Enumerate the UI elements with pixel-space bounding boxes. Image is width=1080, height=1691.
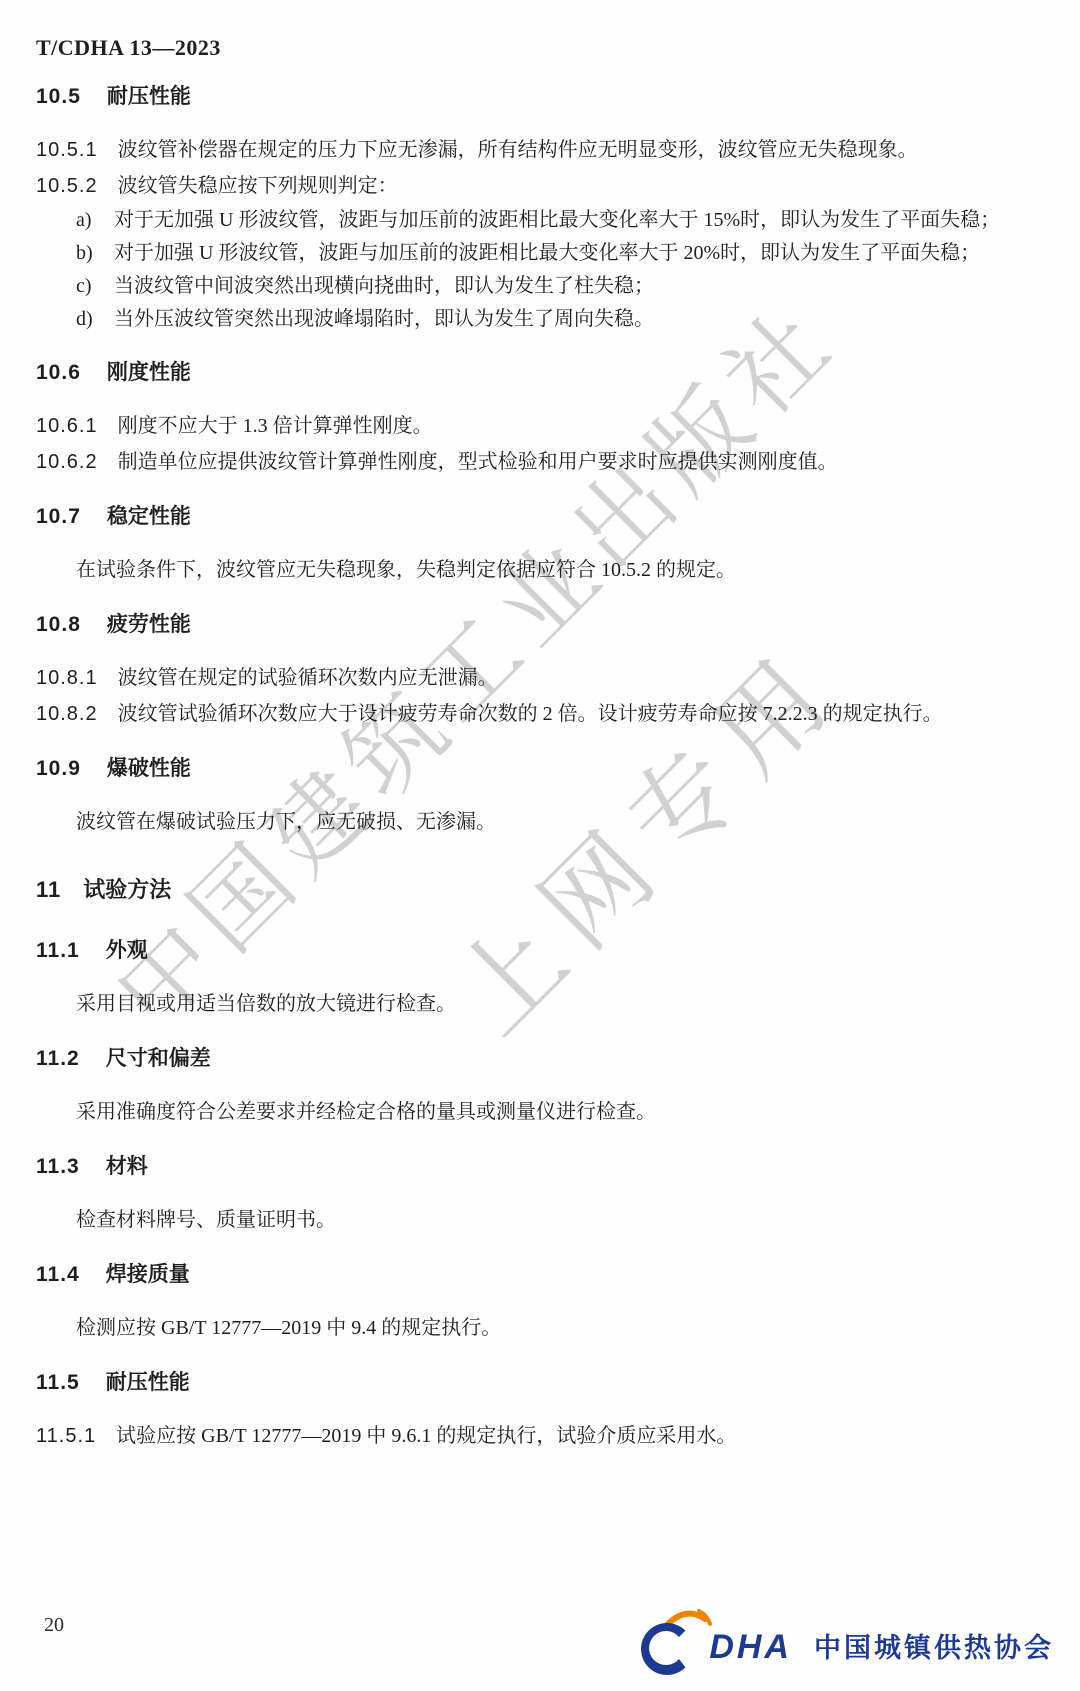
clause-number: 10.5.2: [36, 175, 98, 197]
section-title: 刚度性能: [107, 361, 191, 384]
section-heading-10-8: 10.8疲劳性能: [36, 612, 1040, 638]
list-marker: a): [76, 204, 92, 237]
list-text: 对于加强 U 形波纹管，波距与加压前的波距相比最大变化率大于 20%时，即认为发…: [114, 242, 980, 264]
clause-number: 10.8.1: [36, 667, 98, 689]
cdha-logo-org-name: 中国城镇供热协会: [814, 1626, 1054, 1665]
clause-text: 波纹管失稳应按下列规则判定：: [118, 175, 398, 197]
section-number: 10.9: [36, 757, 81, 780]
list-item-d: d)当外压波纹管突然出现波峰塌陷时，即认为发生了周向失稳。: [36, 303, 1040, 336]
clause-number: 10.6.1: [36, 415, 98, 437]
section-number: 10.8: [36, 613, 81, 636]
paragraph-11-1: 采用目视或用适当倍数的放大镜进行检查。: [36, 986, 1040, 1022]
clause-text: 制造单位应提供波纹管计算弹性刚度，型式检验和用户要求时应提供实测刚度值。: [118, 451, 838, 473]
clause-10-8-1: 10.8.1波纹管在规定的试验循环次数内应无泄漏。: [36, 660, 1040, 696]
cdha-logo: DHA 中国城镇供热协会: [635, 1605, 1054, 1675]
section-title: 疲劳性能: [107, 613, 191, 636]
section-number: 11.4: [36, 1263, 80, 1286]
clause-10-6-1: 10.6.1刚度不应大于 1.3 倍计算弹性刚度。: [36, 408, 1040, 444]
list-marker: b): [76, 237, 93, 270]
paragraph-11-4: 检测应按 GB/T 12777—2019 中 9.4 的规定执行。: [36, 1310, 1040, 1346]
section-heading-10-5: 10.5耐压性能: [36, 84, 1040, 110]
list-item-b: b)对于加强 U 形波纹管，波距与加压前的波距相比最大变化率大于 20%时，即认…: [36, 237, 1040, 270]
section-title: 爆破性能: [107, 757, 191, 780]
document-page: 中国建筑工业出版社 上网专用 T/CDHA 13—2023 10.5耐压性能 1…: [0, 0, 1080, 1691]
list-text: 当外压波纹管突然出现波峰塌陷时，即认为发生了周向失稳。: [114, 308, 654, 330]
clause-text: 波纹管试验循环次数应大于设计疲劳寿命次数的 2 倍。设计疲劳寿命应按 7.2.2…: [118, 703, 943, 725]
section-number: 10.5: [36, 85, 81, 108]
paragraph-11-2: 采用准确度符合公差要求并经检定合格的量具或测量仪进行检查。: [36, 1094, 1040, 1130]
section-heading-11-3: 11.3材料: [36, 1154, 1040, 1180]
clause-text: 波纹管补偿器在规定的压力下应无渗漏，所有结构件应无明显变形，波纹管应无失稳现象。: [118, 139, 918, 161]
list-item-a: a)对于无加强 U 形波纹管，波距与加压前的波距相比最大变化率大于 15%时，即…: [36, 204, 1040, 237]
clause-11-5-1: 11.5.1试验应按 GB/T 12777—2019 中 9.6.1 的规定执行…: [36, 1418, 1040, 1454]
clause-number: 10.5.1: [36, 139, 98, 161]
section-heading-10-9: 10.9爆破性能: [36, 756, 1040, 782]
section-heading-10-6: 10.6刚度性能: [36, 360, 1040, 386]
list-text: 当波纹管中间波突然出现横向挠曲时，即认为发生了柱失稳；: [114, 275, 654, 297]
clause-number: 11.5.1: [36, 1425, 96, 1447]
clause-text: 试验应按 GB/T 12777—2019 中 9.6.1 的规定执行，试验介质应…: [116, 1425, 736, 1447]
cdha-logo-acronym: DHA: [709, 1628, 792, 1667]
section-title: 尺寸和偏差: [106, 1047, 211, 1070]
chapter-number: 11: [36, 877, 61, 902]
clause-10-8-2: 10.8.2波纹管试验循环次数应大于设计疲劳寿命次数的 2 倍。设计疲劳寿命应按…: [36, 696, 1040, 732]
paragraph-10-9: 波纹管在爆破试验压力下，应无破损、无渗漏。: [36, 804, 1040, 840]
clause-10-6-2: 10.6.2制造单位应提供波纹管计算弹性刚度，型式检验和用户要求时应提供实测刚度…: [36, 444, 1040, 480]
clause-10-5-1: 10.5.1波纹管补偿器在规定的压力下应无渗漏，所有结构件应无明显变形，波纹管应…: [36, 132, 1040, 168]
document-content: T/CDHA 13—2023 10.5耐压性能 10.5.1波纹管补偿器在规定的…: [0, 0, 1080, 1454]
paragraph-11-3: 检查材料牌号、质量证明书。: [36, 1202, 1040, 1238]
list-item-c: c)当波纹管中间波突然出现横向挠曲时，即认为发生了柱失稳；: [36, 270, 1040, 303]
paragraph-10-7: 在试验条件下，波纹管应无失稳现象，失稳判定依据应符合 10.5.2 的规定。: [36, 552, 1040, 588]
chapter-heading-11: 11试验方法: [36, 876, 1040, 904]
cdha-logo-icon: [635, 1605, 717, 1675]
chapter-title: 试验方法: [83, 877, 171, 902]
section-title: 耐压性能: [106, 1371, 190, 1394]
section-heading-10-7: 10.7稳定性能: [36, 504, 1040, 530]
section-heading-11-4: 11.4焊接质量: [36, 1262, 1040, 1288]
list-text: 对于无加强 U 形波纹管，波距与加压前的波距相比最大变化率大于 15%时，即认为…: [114, 209, 1000, 231]
section-number: 11.1: [36, 939, 80, 962]
section-title: 稳定性能: [107, 505, 191, 528]
section-number: 11.5: [36, 1371, 80, 1394]
section-title: 外观: [106, 939, 148, 962]
section-heading-11-1: 11.1外观: [36, 938, 1040, 964]
section-title: 材料: [106, 1155, 148, 1178]
section-title: 耐压性能: [107, 85, 191, 108]
list-marker: d): [76, 303, 93, 336]
section-heading-11-5: 11.5耐压性能: [36, 1370, 1040, 1396]
clause-10-5-2: 10.5.2波纹管失稳应按下列规则判定：: [36, 168, 1040, 204]
page-number: 20: [44, 1614, 64, 1637]
section-number: 11.2: [36, 1047, 80, 1070]
section-title: 焊接质量: [106, 1263, 190, 1286]
section-number: 10.6: [36, 361, 81, 384]
clause-text: 刚度不应大于 1.3 倍计算弹性刚度。: [118, 415, 433, 437]
section-number: 11.3: [36, 1155, 80, 1178]
doc-code-header: T/CDHA 13—2023: [36, 36, 1040, 60]
section-heading-11-2: 11.2尺寸和偏差: [36, 1046, 1040, 1072]
clause-text: 波纹管在规定的试验循环次数内应无泄漏。: [118, 667, 498, 689]
clause-number: 10.6.2: [36, 451, 98, 473]
clause-number: 10.8.2: [36, 703, 98, 725]
list-marker: c): [76, 270, 92, 303]
section-number: 10.7: [36, 505, 81, 528]
